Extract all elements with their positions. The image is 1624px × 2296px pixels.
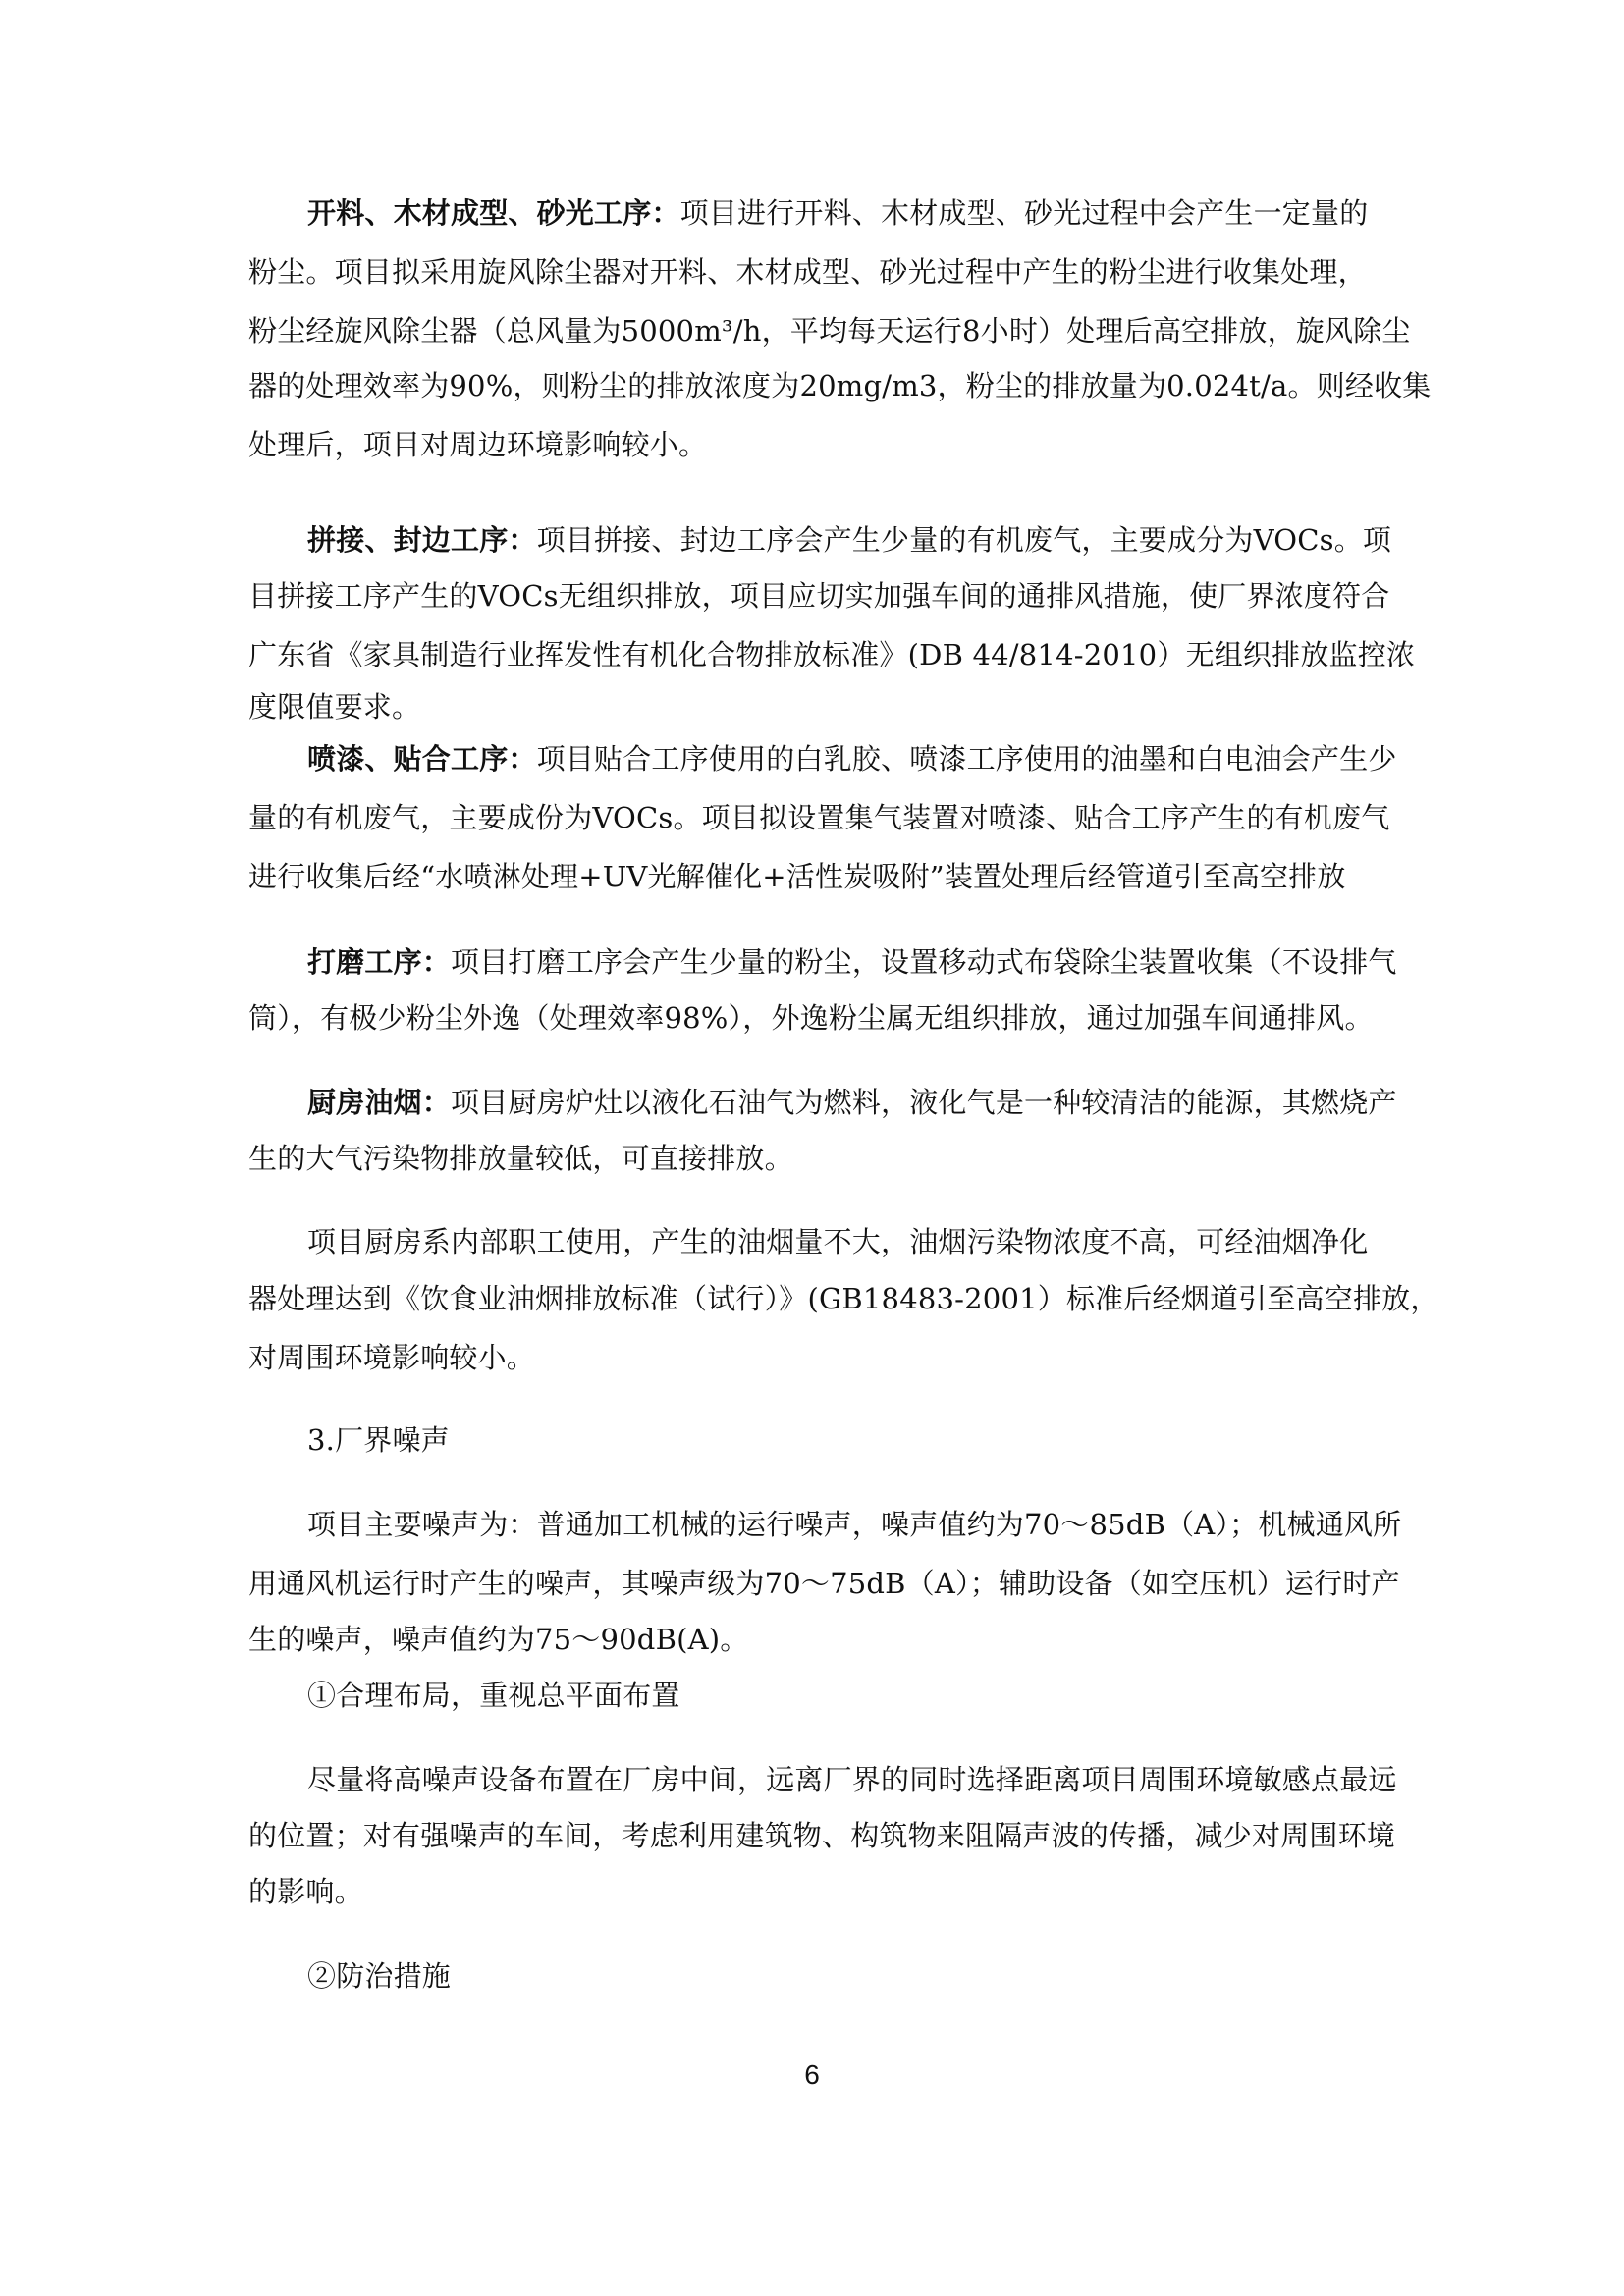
para-line: 粉尘经旋风除尘器（总风量为5000m³/h，平均每天运行8小时）处理后高空排放，… xyxy=(248,313,1411,348)
para-line: 处理后，项目对周边环境影响较小。 xyxy=(248,427,707,462)
item-heading: ①合理布局，重视总平面布置 xyxy=(307,1678,680,1713)
para-line: 器处理达到《饮食业油烟排放标准（试行）》(GB18483-2001）标准后经烟道… xyxy=(248,1281,1439,1316)
para-line: 的位置；对有强噪声的车间，考虑利用建筑物、构筑物来阻隔声波的传播，减少对周围环境 xyxy=(248,1818,1395,1853)
para-line: 粉尘。项目拟采用旋风除尘器对开料、木材成型、砂光过程中产生的粉尘进行收集处理， xyxy=(248,254,1367,290)
para-line: 尽量将高噪声设备布置在厂房中间，远离厂界的同时选择距离项目周围环境敏感点最远 xyxy=(307,1762,1397,1797)
paragraph-heading: 拼接、封边工序： xyxy=(307,523,537,557)
para-line: 筒），有极少粉尘外逸（处理效率98%），外逸粉尘属无组织排放，通过加强车间通排风… xyxy=(248,1000,1374,1036)
page-number: 6 xyxy=(0,2059,1624,2091)
para-line: 打磨工序：项目打磨工序会产生少量的粉尘，设置移动式布袋除尘装置收集（不设排气 xyxy=(307,944,1397,980)
para-line: 广东省《家具制造行业挥发性有机化合物排放标准》(DB 44/814-2010）无… xyxy=(248,637,1415,672)
para-line: 的影响。 xyxy=(248,1874,363,1909)
para-line: 项目厨房系内部职工使用，产生的油烟量不大，油烟污染物浓度不高，可经油烟净化 xyxy=(307,1224,1368,1259)
para-line: 开料、木材成型、砂光工序：项目进行开料、木材成型、砂光过程中会产生一定量的 xyxy=(307,195,1368,231)
paragraph-heading: 开料、木材成型、砂光工序： xyxy=(307,196,680,230)
para-line: 拼接、封边工序：项目拼接、封边工序会产生少量的有机废气，主要成分为VOCs。项 xyxy=(307,522,1391,558)
para-line: 生的大气污染物排放量较低，可直接排放。 xyxy=(248,1141,793,1176)
para-line: 目拼接工序产生的VOCs无组织排放，项目应切实加强车间的通排风措施，使厂界浓度符… xyxy=(248,578,1389,614)
para-line: 量的有机废气，主要成份为VOCs。项目拟设置集气装置对喷漆、贴合工序产生的有机废… xyxy=(248,800,1389,835)
paragraph-heading: 喷漆、贴合工序： xyxy=(307,742,537,775)
para-line: 生的噪声，噪声值约为75～90dB(A)。 xyxy=(248,1622,748,1657)
paragraph-heading: 打磨工序： xyxy=(307,945,451,979)
paragraph-heading: 厨房油烟： xyxy=(307,1086,451,1119)
para-line: 进行收集后经“水喷淋处理+UV光解催化+活性炭吸附”装置处理后经管道引至高空排放 xyxy=(248,859,1346,894)
para-line: 项目主要噪声为：普通加工机械的运行噪声，噪声值约为70～85dB（A）；机械通风… xyxy=(307,1507,1401,1542)
section-heading: 3.厂界噪声 xyxy=(307,1422,450,1458)
para-line: 度限值要求。 xyxy=(248,689,420,724)
item-heading: ②防治措施 xyxy=(307,1958,451,1994)
para-line: 厨房油烟：项目厨房炉灶以液化石油气为燃料，液化气是一种较清洁的能源，其燃烧产 xyxy=(307,1085,1397,1120)
para-line: 对周围环境影响较小。 xyxy=(248,1340,535,1375)
para-line: 用通风机运行时产生的噪声，其噪声级为70～75dB（A）；辅助设备（如空压机）运… xyxy=(248,1566,1400,1601)
para-line: 器的处理效率为90%，则粉尘的排放浓度为20mg/m3，粉尘的排放量为0.024… xyxy=(248,368,1431,403)
para-line: 喷漆、贴合工序：项目贴合工序使用的白乳胶、喷漆工序使用的油墨和白电油会产生少 xyxy=(307,741,1397,776)
